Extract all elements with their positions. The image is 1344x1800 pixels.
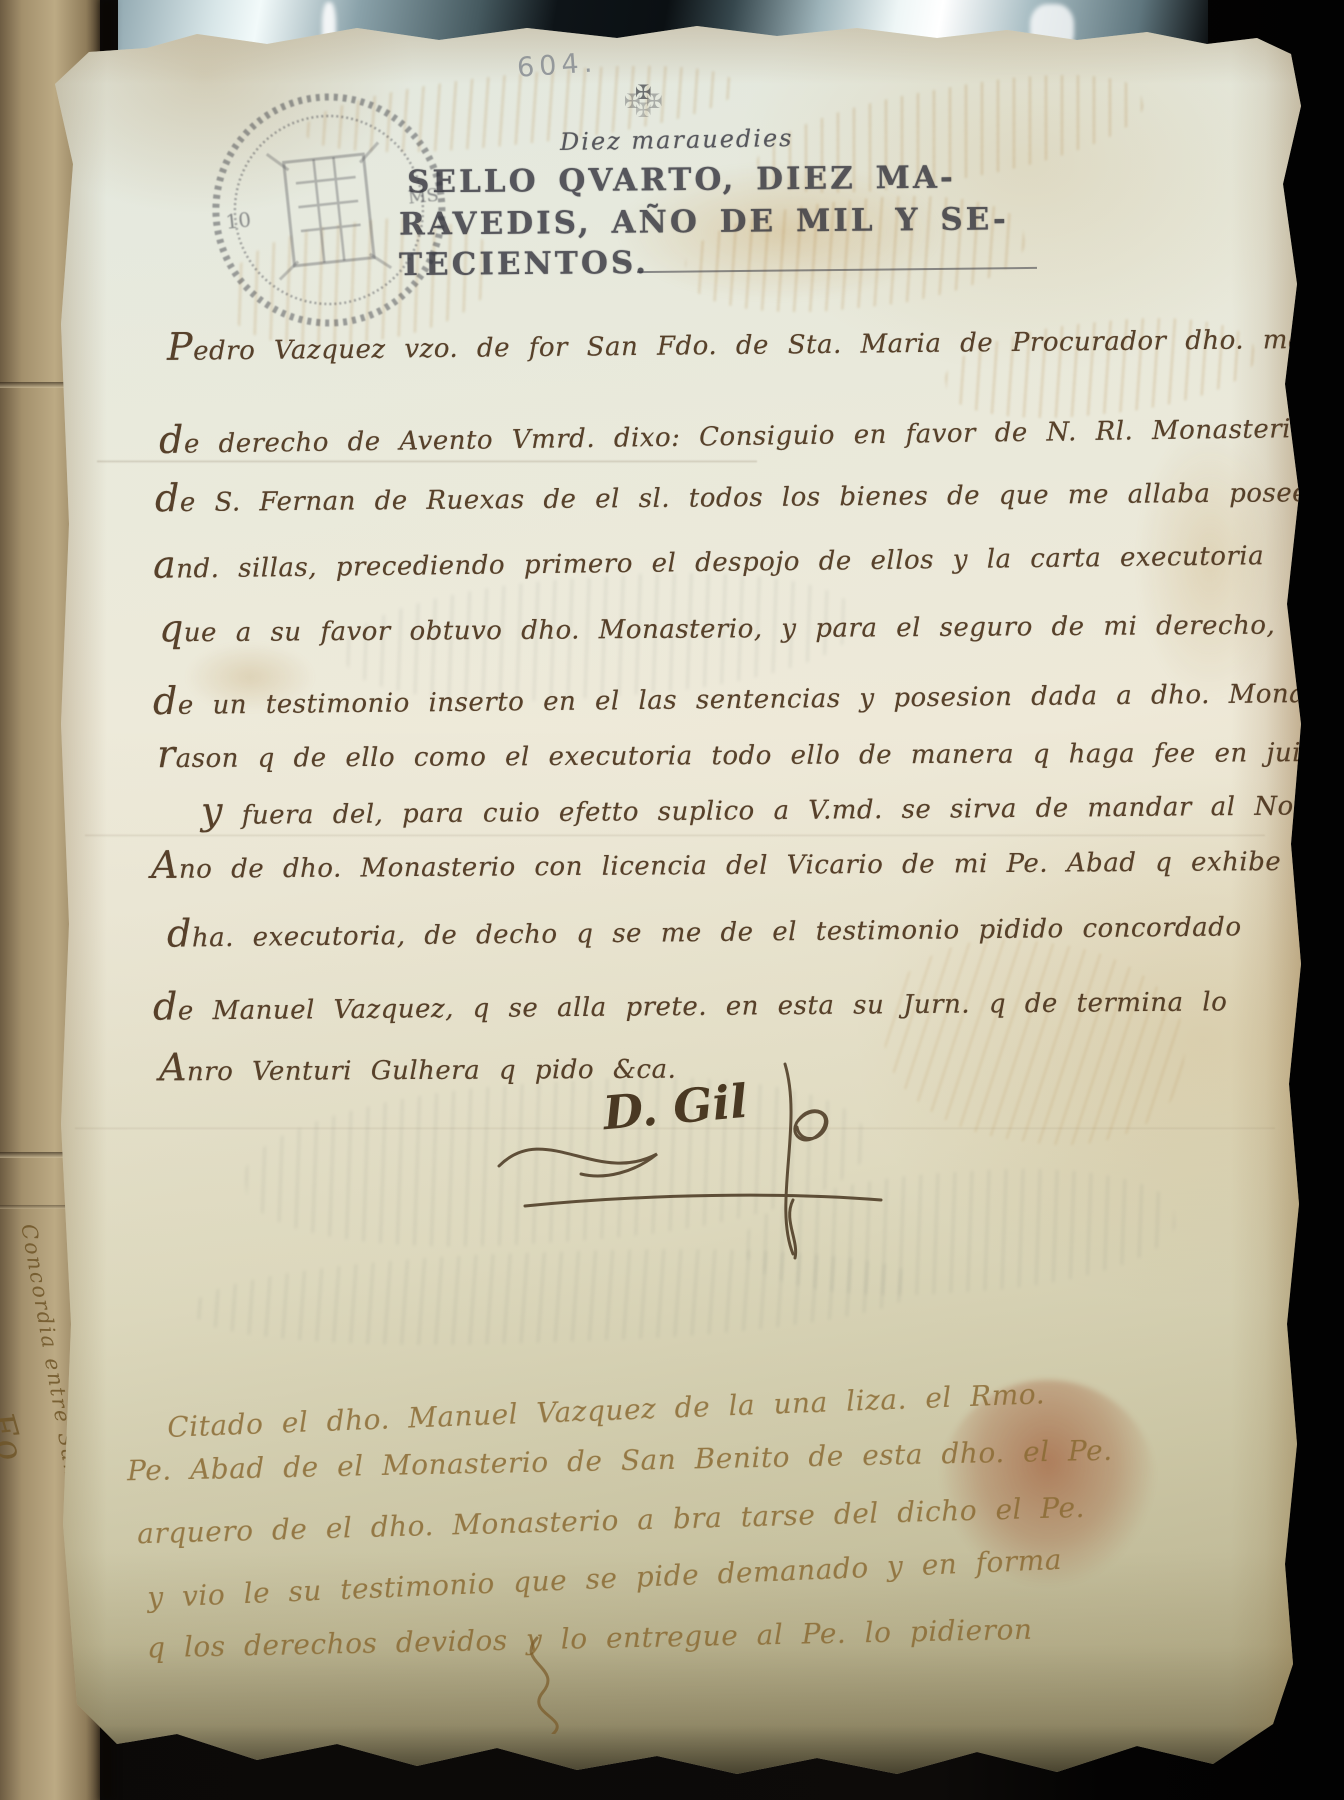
- official-seal-stamp: 10 MS: [191, 76, 467, 347]
- manuscript-line: rason q de ello como el executoria todo …: [157, 726, 1341, 776]
- signature-block: D. Gil: [485, 1054, 905, 1264]
- photograph-of-manuscript: Concordia entre San me Eo 604. ✠ Diez ma…: [0, 0, 1344, 1800]
- stamp-text-line1: SELLO QVARTO, DIEZ MA-: [407, 160, 956, 201]
- stamp-text-line2: RAVEDIS, AÑO DE MIL Y SE-: [399, 201, 1009, 242]
- decree-line: y vio le su testimonio que se pide deman…: [147, 1543, 1063, 1614]
- seal-value-left: 10: [224, 207, 252, 234]
- folio-number: 604.: [516, 47, 598, 84]
- manuscript-line: de un testimonio inserto en el las sente…: [153, 665, 1344, 723]
- manuscript-line: que a su favor obtuvo dho. Monasterio, y…: [159, 598, 1344, 651]
- decree-line: Pe. Abad de el Monasterio de San Benito …: [127, 1434, 1113, 1488]
- manuscript-line: Ano de dho. Monasterio con licencia del …: [151, 835, 1281, 887]
- seal-value-right: MS: [407, 185, 440, 209]
- decree-flourish: [475, 1634, 595, 1734]
- cross-mark-icon: ✠: [635, 80, 652, 104]
- bleedthrough-writing: [873, 922, 1198, 1162]
- decree-line: arquero de el dho. Monasterio a bra tars…: [137, 1491, 1086, 1550]
- decree-line: Citado el dho. Manuel Vazquez de la una …: [167, 1377, 1046, 1444]
- manuscript-line: and. sillas, precediendo primero el desp…: [153, 529, 1265, 587]
- manuscript-line: de derecho de Avento Vmrd. dixo: Consigu…: [159, 402, 1308, 462]
- manuscript-line: de S. Fernan de Ruexas de el sl. todos l…: [155, 466, 1344, 520]
- manuscript-page: 604. ✠ Diez marauedies SELLO QVARTO, DIE…: [55, 22, 1303, 1777]
- stamp-script-line: Diez marauedies: [560, 124, 794, 156]
- manuscript-line: y fuera del, para cuio efetto suplico a …: [201, 779, 1344, 833]
- manuscript-line: de Manuel Vazquez, q se alla prete. en e…: [153, 975, 1228, 1028]
